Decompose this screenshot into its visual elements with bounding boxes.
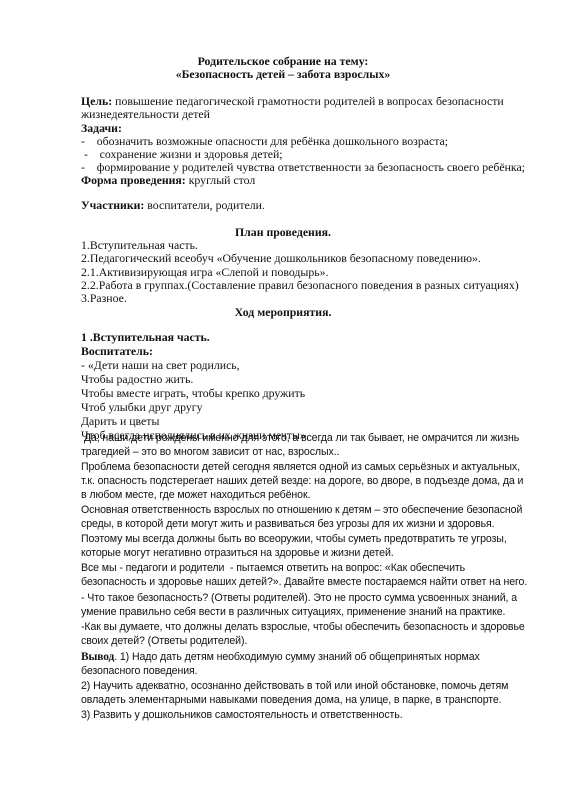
paragraph-line: трагедией – это во многом зависит от нас… — [81, 446, 339, 459]
form-text: круглый стол — [186, 173, 256, 187]
conclusion-item: 2) Научить адекватно, осознанно действов… — [81, 680, 508, 693]
participants-label: Участники: — [81, 198, 144, 212]
poem-line: - «Дети наши на свет родились, — [81, 359, 240, 372]
form-label: Форма проведения: — [81, 173, 186, 187]
goal-line-2: жизнедеятельности детей — [81, 108, 210, 121]
poem-line: Чтобы радостно жить. — [81, 373, 193, 386]
course-heading: Ход мероприятия. — [0, 306, 566, 319]
poem-line: Дарить и цветы — [81, 415, 159, 428]
poem-line: Чтоб улыбки друг другу — [81, 401, 203, 414]
paragraph-line: т.к. опасность подстерегает наших детей … — [81, 475, 523, 488]
conclusion-text: . 1) Надо дать детям необходимую сумму з… — [114, 651, 480, 663]
conclusion-item: овладеть элементарными навыками поведени… — [81, 694, 502, 707]
conclusion-label: Вывод — [81, 651, 114, 663]
participants-text: воспитатели, родители. — [144, 198, 265, 212]
conclusion-item: безопасного поведения. — [81, 665, 198, 678]
paragraph-line: - Что такое безопасность? (Ответы родите… — [81, 592, 517, 605]
plan-item: 2.2.Работа в группах.(Составление правил… — [81, 279, 519, 292]
paragraph-line: среды, в которой дети могут жить и разви… — [81, 518, 495, 531]
goal-label: Цель: — [81, 94, 112, 108]
paragraph-line: в любом месте, где может находиться ребё… — [81, 489, 310, 502]
document-page: Родительское собрание на тему: «Безопасн… — [0, 0, 566, 800]
paragraph-line: Проблема безопасности детей сегодня явля… — [81, 461, 520, 474]
paragraph-line: Поэтому мы всегда должны быть во всеоруж… — [81, 533, 507, 546]
paragraph-line: Все мы - педагоги и родители - пытаемся … — [81, 562, 465, 575]
poem-line: Чтобы вместе играть, чтобы крепко дружит… — [81, 387, 305, 400]
conclusion-line: Вывод. 1) Надо дать детям необходимую су… — [81, 651, 480, 664]
plan-item: 3.Разное. — [81, 292, 127, 305]
speaker-label: Воспитатель: — [81, 345, 153, 358]
plan-item: 2.Педагогический всеобуч «Обучение дошко… — [81, 252, 481, 265]
participants-line: Участники: воспитатели, родители. — [81, 199, 265, 212]
paragraph-line: умение правильно себя вести в различных … — [81, 606, 505, 619]
paragraph-line: -Как вы думаете, что должны делать взрос… — [81, 621, 525, 634]
paragraph-line: безопасность и здоровье наших детей?». Д… — [81, 576, 527, 589]
section1-heading: 1 .Вступительная часть. — [81, 331, 210, 344]
paragraph-line: которые могут негативно отразиться на зд… — [81, 547, 394, 560]
paragraph-line: Основная ответственность взрослых по отн… — [81, 504, 522, 517]
conclusion-item: 3) Развить у дошкольников самостоятельно… — [81, 709, 403, 722]
paragraph-line: Да, наши дети рождены именно для этого, … — [81, 432, 519, 445]
goal-text: повышение педагогической грамотности род… — [112, 94, 504, 108]
form-line: Форма проведения: круглый стол — [81, 174, 255, 187]
paragraph-line: своих детей? (Ответы родителей). — [81, 635, 247, 648]
document-subtitle: «Безопасность детей – забота взрослых» — [0, 68, 566, 81]
